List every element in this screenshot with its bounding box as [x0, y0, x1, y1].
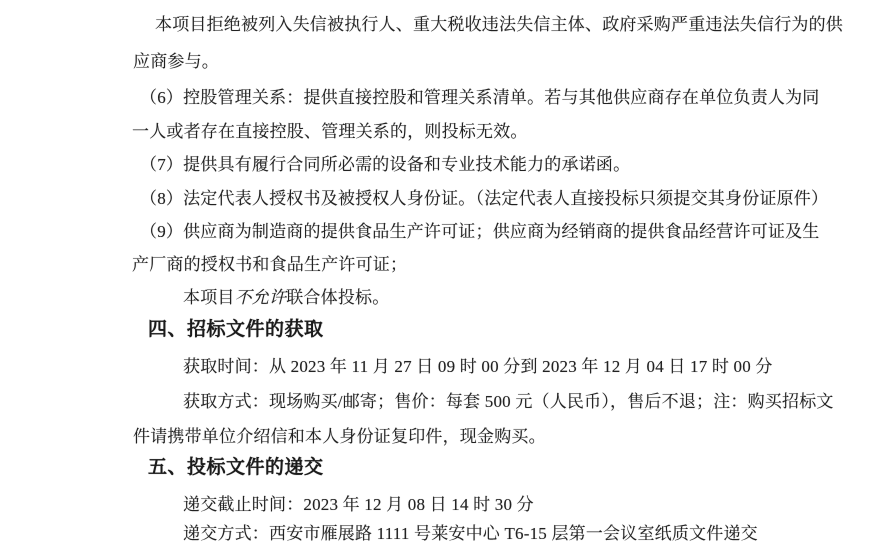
item-8-authorization-id: （8）法定代表人授权书及被授权人身份证。（法定代表人直接投标只须提交其身份证原件…: [140, 187, 828, 211]
document-page: 本项目拒绝被列入失信被执行人、重大税收违法失信主体、政府采购严重违法失信行为的供…: [0, 0, 894, 542]
paragraph-blacklist-line-2: 应商参与。: [133, 50, 219, 74]
acquisition-method-line-2: 件请携带单位介绍信和本人身份证复印件，现金购买。: [133, 425, 546, 449]
item-7-commitment-letter: （7）提供具有履行合同所必需的设备和专业技术能力的承诺函。: [140, 153, 630, 177]
item-9-food-license-line-2: 产厂商的授权书和食品生产许可证；: [132, 253, 407, 277]
submission-deadline: 递交截止时间：2023 年 12 月 08 日 14 时 30 分: [183, 493, 534, 517]
no-consortium-post: 联合体投标。: [286, 288, 389, 307]
no-consortium-notice: 本项目不允许联合体投标。: [183, 286, 389, 310]
acquisition-method-line-1: 获取方式：现场购买/邮寄；售价：每套 500 元（人民币），售后不退；注：购买招…: [183, 390, 834, 414]
acquisition-time: 获取时间：从 2023 年 11 月 27 日 09 时 00 分到 2023 …: [183, 355, 773, 379]
item-6-holding-relationship-line-1: （6）控股管理关系：提供直接控股和管理关系清单。若与其他供应商存在单位负责人为同: [140, 86, 820, 110]
item-6-holding-relationship-line-2: 一人或者存在直接控股、管理关系的，则投标无效。: [132, 120, 528, 144]
paragraph-blacklist-line-1: 本项目拒绝被列入失信被执行人、重大税收违法失信主体、政府采购严重违法失信行为的供: [155, 13, 843, 37]
section-heading-5-bid-submission: 五、投标文件的递交: [148, 455, 324, 481]
section-heading-4-document-acquisition: 四、招标文件的获取: [148, 317, 324, 343]
submission-method: 递交方式：西安市雁展路 1111 号莱安中心 T6-15 层第一会议室纸质文件递…: [183, 522, 758, 542]
no-consortium-emphasis: 不允许: [235, 288, 287, 307]
item-9-food-license-line-1: （9）供应商为制造商的提供食品生产许可证；供应商为经销商的提供食品经营许可证及生: [140, 220, 820, 244]
no-consortium-pre: 本项目: [183, 288, 235, 307]
